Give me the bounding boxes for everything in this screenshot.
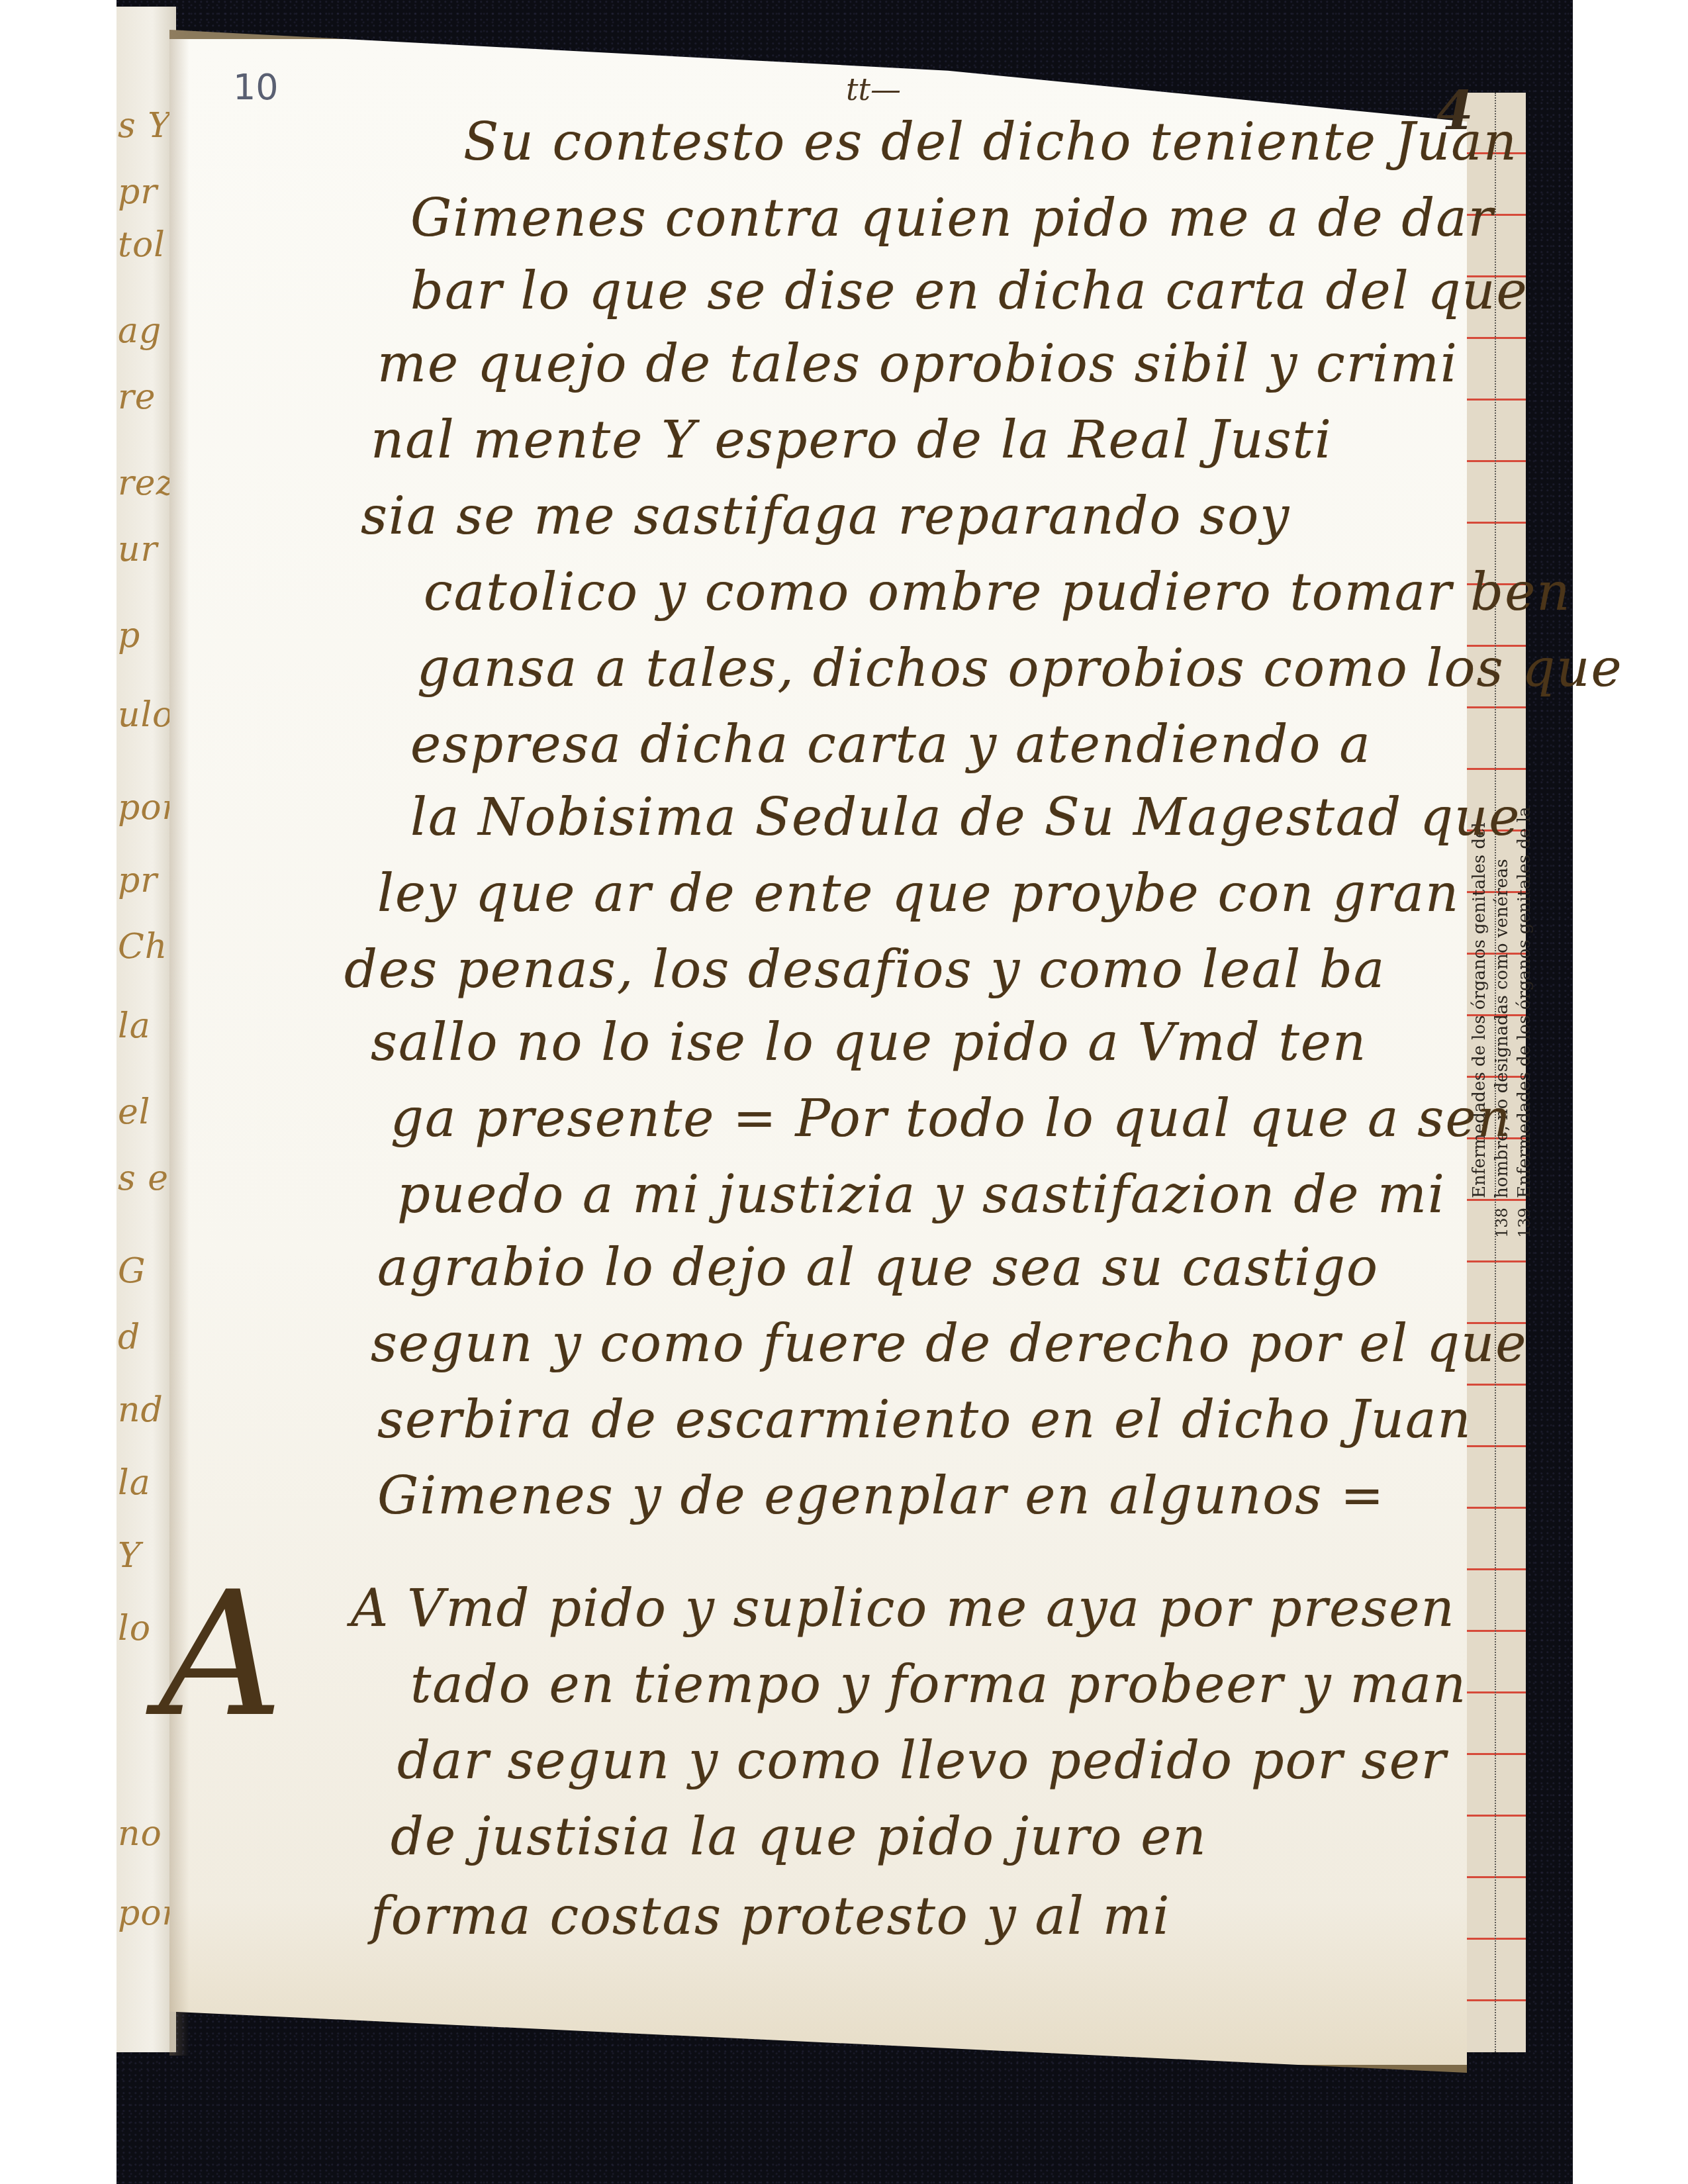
text-line: gansa a tales, dichos oprobios como los … (417, 639, 1623, 698)
text-line: dar segun y como llevo pedido por ser (397, 1731, 1447, 1791)
text-line: catolico y como ombre pudiero tomar ben (424, 563, 1571, 622)
text-line: segun y como fuere de derecho por el que (371, 1314, 1527, 1374)
text-line: A Vmd pido y suplico me aya por presen (351, 1579, 1456, 1638)
text-line: la Nobisima Sedula de Su Magestad que (410, 788, 1521, 847)
text-line: Gimenes contra quien pido me a de dar (410, 189, 1494, 248)
text-line: de justisia la que pido juro en (391, 1807, 1207, 1867)
text-line: me quejo de tales oprobios sibil y crimi (377, 334, 1458, 394)
text-line: puedo a mi justizia y sastifazion de mi (397, 1165, 1446, 1225)
text-line: espresa dicha carta y atendiendo a (410, 715, 1372, 775)
text-line: Su contesto es del dicho teniente Juan (463, 113, 1518, 172)
text-line: tado en tiempo y forma probeer y man (410, 1655, 1467, 1715)
manuscript-text: Su contesto es del dicho teniente Juan G… (0, 0, 1688, 2184)
decorative-initial: A (159, 1569, 283, 1741)
text-line: des penas, los desafios y como leal ba (344, 940, 1385, 1000)
text-line: ley que ar de ente que proybe con gran (377, 864, 1460, 924)
text-line: ga presente = Por todo lo qual que a sen (391, 1089, 1512, 1149)
text-line: serbira de escarmiento en el dicho Juan (377, 1390, 1472, 1450)
text-line: sia se me sastifaga reparando soy (361, 487, 1290, 546)
text-line: forma costas protesto y al mi (371, 1887, 1171, 1946)
text-line: sallo no lo ise lo que pido a Vmd ten (371, 1013, 1367, 1072)
text-line: nal mente Y espero de la Real Justi (371, 410, 1333, 470)
text-line: Gimenes y de egenplar en algunos = (377, 1466, 1385, 1526)
text-line: agrabio lo dejo al que sea su castigo (377, 1238, 1379, 1298)
text-line: bar lo que se dise en dicha carta del qu… (410, 261, 1528, 321)
